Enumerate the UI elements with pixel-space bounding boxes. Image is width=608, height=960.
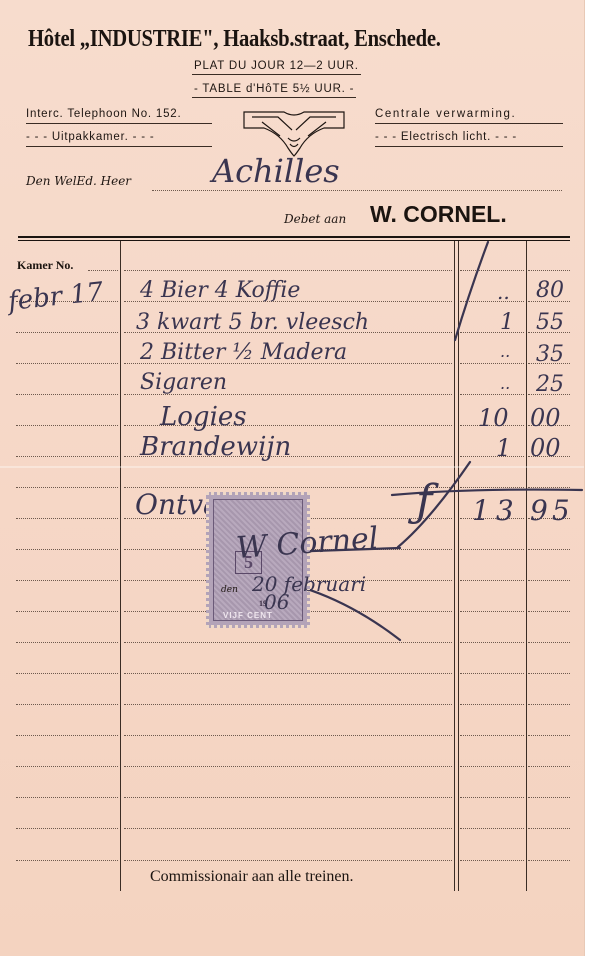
invoice-paper: Hôtel „INDUSTRIE", Haaksb.straat, Ensche… — [0, 0, 584, 956]
stamp-den-label: den — [221, 585, 238, 595]
total-cents: 95 — [530, 494, 574, 527]
total-guilders: 13 — [472, 494, 520, 527]
uitpakkamer: - - - Uitpakkamer. - - - — [26, 131, 212, 147]
footer-commissionair: Commissionair aan alle treinen. — [150, 868, 354, 886]
hotel-title: Hôtel „INDUSTRIE", Haaksb.straat, Ensche… — [28, 26, 441, 53]
debtor-name: W. CORNEL. — [370, 201, 507, 228]
table-dhote: - TABLE d'HôTE 5½ UUR. - — [192, 83, 356, 98]
electric-light: - - - Electrisch licht. - - - — [375, 131, 563, 147]
ornament-icon — [242, 108, 346, 158]
addressee-label: Den WelEd. Heer — [26, 174, 131, 188]
addressee-dotline — [152, 190, 562, 191]
debet-label: Debet aan — [284, 212, 346, 226]
total-currency-sign: ƒ — [416, 476, 432, 527]
plat-du-jour: PLAT DU JOUR 12—2 UUR. — [192, 60, 361, 75]
stamp-year-suffix: 06 — [264, 590, 289, 614]
telephone-number: Interc. Telephoon No. 152. — [26, 108, 212, 124]
addressee-name: Achilles — [212, 152, 340, 190]
central-heating: Centrale verwarming. — [375, 108, 563, 124]
